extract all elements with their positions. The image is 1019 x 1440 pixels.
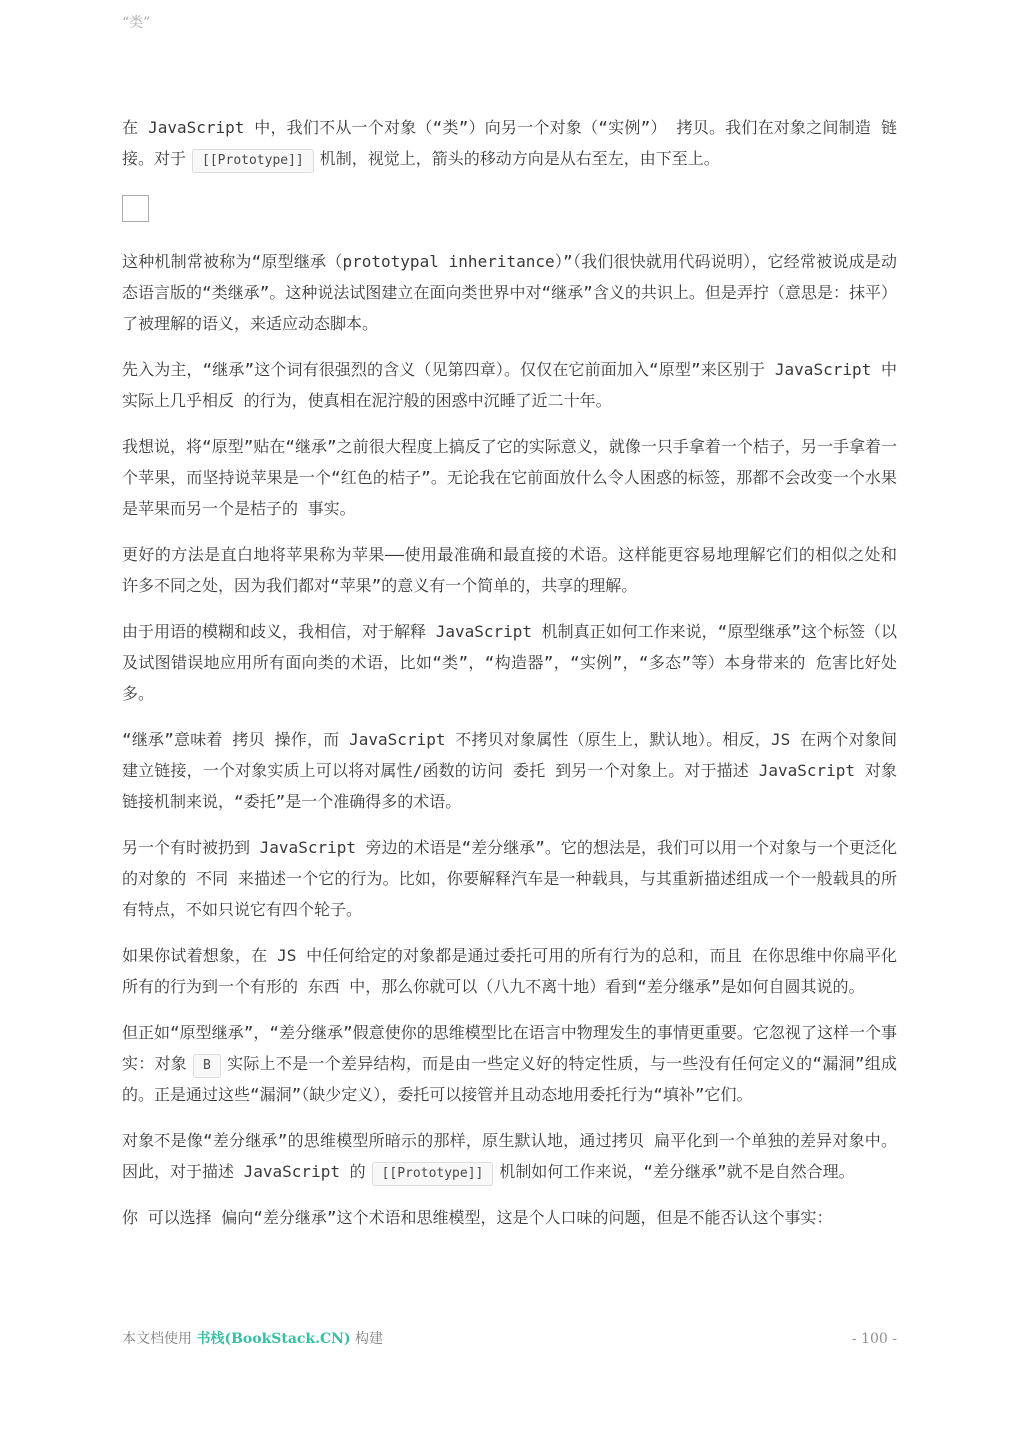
paragraph-text: 由于用语的模糊和歧义，我相信，对于解释 JavaScript 机制真正如何工作来… — [122, 622, 897, 703]
paragraph: 更好的方法是直白地将苹果称为苹果——使用最准确和最直接的术语。这样能更容易地理解… — [122, 539, 897, 601]
page-footer: 本文档使用 书栈(BookStack.CN) 构建 - 100 - — [122, 1328, 897, 1348]
bookstack-brand-link[interactable]: 书栈(BookStack.CN) — [196, 1331, 350, 1347]
paragraph: 如果你试着想象，在 JS 中任何给定的对象都是通过委托可用的所有行为的总和，而且… — [122, 940, 897, 1002]
paragraph: 在 JavaScript 中，我们不从一个对象（“类”）向另一个对象（“实例”）… — [122, 112, 897, 174]
paragraph-text: 机制，视觉上，箭头的移动方向是从右至左，由下至上。 — [320, 149, 720, 168]
paragraph-text: 如果你试着想象，在 JS 中任何给定的对象都是通过委托可用的所有行为的总和，而且… — [122, 946, 897, 996]
paragraph: 这种机制常被称为“原型继承（prototypal inheritance）”（我… — [122, 246, 897, 339]
image-placeholder — [122, 195, 149, 222]
footer-suffix: 构建 — [351, 1331, 383, 1347]
paragraph: 你 可以选择 偏向“差分继承”这个术语和思维模型，这是个人口味的问题，但是不能否… — [122, 1202, 897, 1233]
paragraph-text: 我想说，将“原型”贴在“继承”之前很大程度上搞反了它的实际意义，就像一只手拿着一… — [122, 437, 897, 518]
paragraph-text: 你 可以选择 偏向“差分继承”这个术语和思维模型，这是个人口味的问题，但是不能否… — [122, 1208, 833, 1227]
paragraph: 对象不是像“差分继承”的思维模型所暗示的那样，原生默认地，通过拷贝 扁平化到一个… — [122, 1125, 897, 1187]
paragraph: 先入为主，“继承”这个词有很强烈的含义（见第四章）。仅仅在它前面加入“原型”来区… — [122, 354, 897, 416]
page-number: - 100 - — [852, 1331, 897, 1347]
paragraph-text: 更好的方法是直白地将苹果称为苹果——使用最准确和最直接的术语。这样能更容易地理解… — [122, 545, 897, 595]
paragraph: 但正如“原型继承”，“差分继承”假意使你的思维模型比在语言中物理发生的事情更重要… — [122, 1017, 897, 1110]
footer-builder-note: 本文档使用 书栈(BookStack.CN) 构建 — [122, 1328, 383, 1348]
footer-prefix: 本文档使用 — [122, 1331, 196, 1347]
paragraph: 我想说，将“原型”贴在“继承”之前很大程度上搞反了它的实际意义，就像一只手拿着一… — [122, 431, 897, 524]
paragraph: 由于用语的模糊和歧义，我相信，对于解释 JavaScript 机制真正如何工作来… — [122, 616, 897, 709]
paragraph-text: “继承”意味着 拷贝 操作，而 JavaScript 不拷贝对象属性（原生上，默… — [122, 730, 897, 811]
paragraph: “继承”意味着 拷贝 操作，而 JavaScript 不拷贝对象属性（原生上，默… — [122, 724, 897, 817]
paragraph-text: 先入为主，“继承”这个词有很强烈的含义（见第四章）。仅仅在它前面加入“原型”来区… — [122, 360, 897, 410]
document-page: “类” 在 JavaScript 中，我们不从一个对象（“类”）向另一个对象（“… — [0, 0, 1019, 1440]
inline-code: [[Prototype]] — [372, 1162, 494, 1186]
document-body: 在 JavaScript 中，我们不从一个对象（“类”）向另一个对象（“实例”）… — [122, 112, 897, 1248]
paragraph-text: 实际上不是一个差异结构，而是由一些定义好的特定性质，与一些没有任何定义的“漏洞”… — [122, 1054, 897, 1104]
paragraph-text: 机制如何工作来说，“差分继承”就不是自然合理。 — [499, 1162, 854, 1181]
inline-code: [[Prototype]] — [192, 149, 314, 173]
inline-code: B — [193, 1054, 221, 1078]
running-header: “类” — [122, 12, 150, 32]
paragraph: 另一个有时被扔到 JavaScript 旁边的术语是“差分继承”。它的想法是，我… — [122, 832, 897, 925]
paragraph-text: 这种机制常被称为“原型继承（prototypal inheritance）”（我… — [122, 252, 897, 333]
paragraph-text: 另一个有时被扔到 JavaScript 旁边的术语是“差分继承”。它的想法是，我… — [122, 838, 897, 919]
